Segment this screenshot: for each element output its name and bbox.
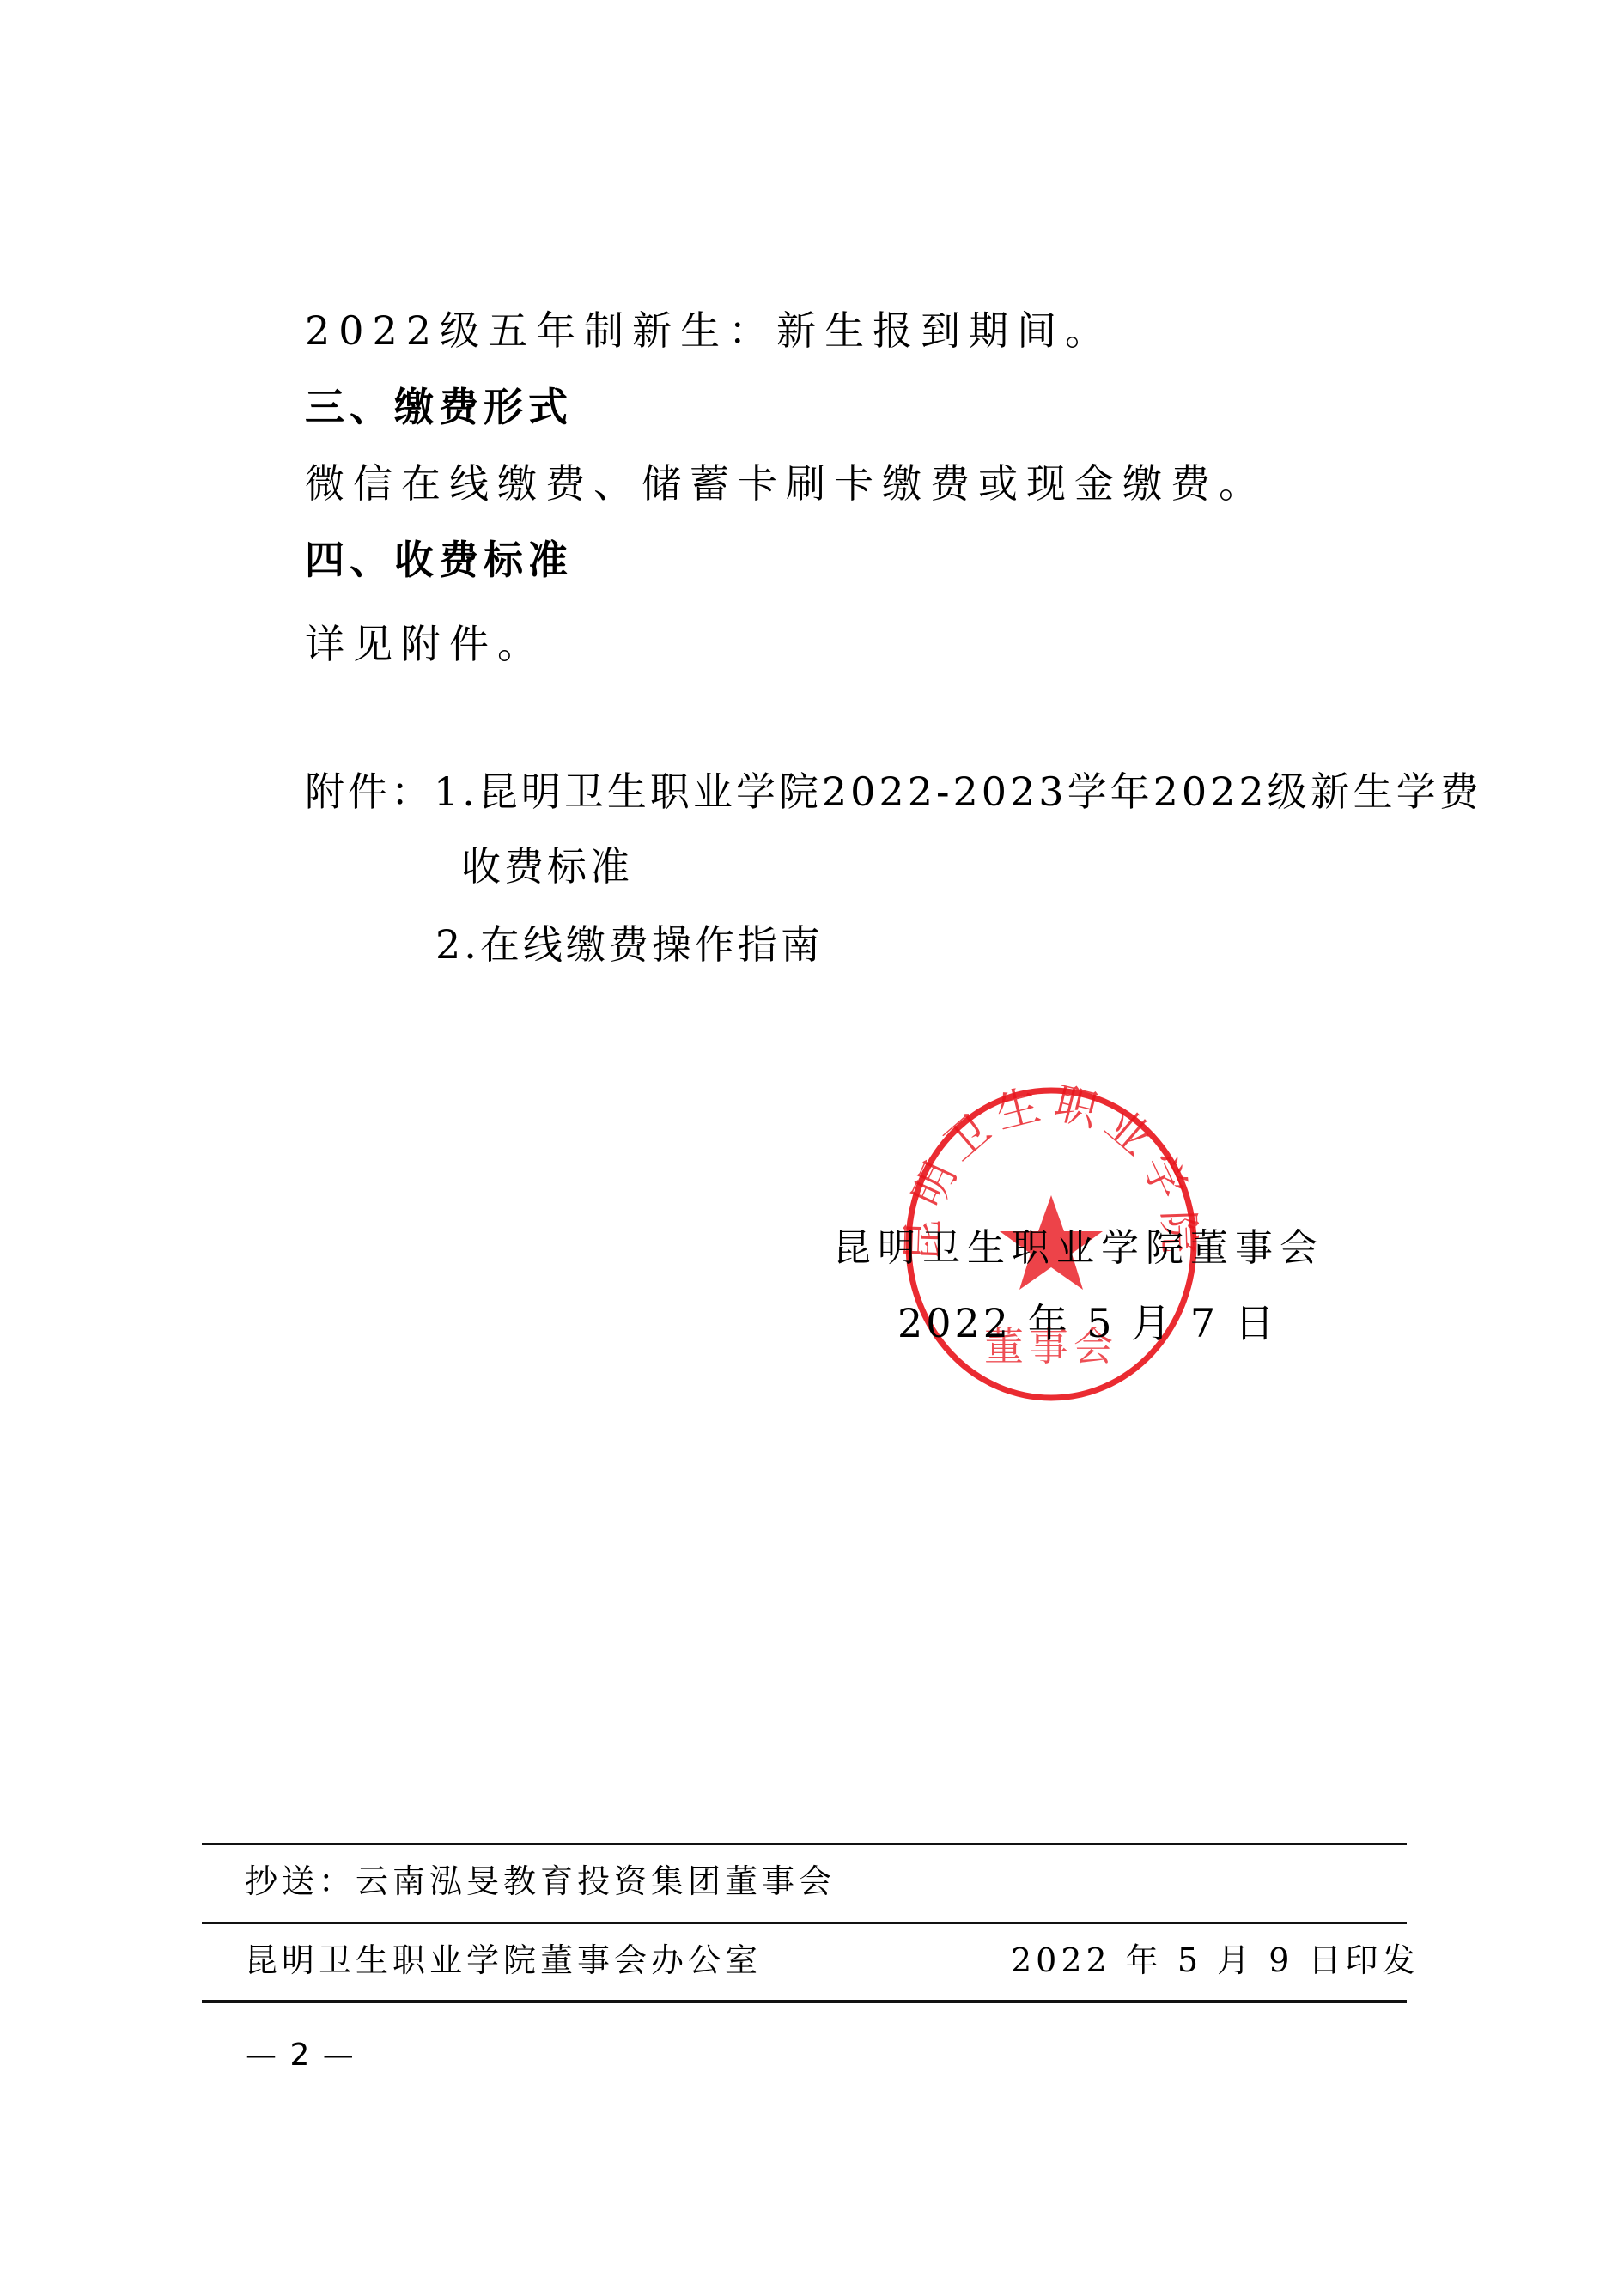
signature-date: 2022 年 5 月 7 日 xyxy=(897,1297,1278,1349)
issuer-office: 昆明卫生职业学院董事会办公室 xyxy=(245,1939,762,1982)
attachment-item-2: 2.在线缴费操作指南 xyxy=(435,919,824,970)
footer-top-rule xyxy=(202,1843,1407,1845)
cc-label: 抄送： xyxy=(245,1862,356,1900)
footer-middle-rule xyxy=(202,1922,1407,1924)
enrollment-period-line: 2022级五年制新生：新生报到期间。 xyxy=(305,305,1113,356)
attachment-1-number: 1. xyxy=(434,768,478,815)
section-heading-fee-standard: 四、收费标准 xyxy=(305,534,573,586)
footer-bottom-rule xyxy=(202,2000,1407,2003)
cc-recipient: 云南泓旻教育投资集团董事会 xyxy=(356,1862,836,1900)
section-heading-payment-method: 三、缴费形式 xyxy=(305,381,573,433)
attachment-1-title: 昆明卫生职业学院2022-2023学年2022级新生学费 xyxy=(478,768,1482,815)
attachment-item-1: 附件：1.昆明卫生职业学院2022-2023学年2022级新生学费 xyxy=(305,766,1482,817)
fee-standard-text: 详见附件。 xyxy=(305,618,545,670)
attachments-label: 附件： xyxy=(305,768,434,815)
issue-date: 2022 年 5 月 9 日印发 xyxy=(1011,1939,1419,1982)
payment-method-text: 微信在线缴费、储蓄卡刷卡缴费或现金缴费。 xyxy=(305,458,1267,509)
page-number: — 2 — xyxy=(246,2037,356,2074)
attachment-1-title-continued: 收费标准 xyxy=(461,841,633,892)
attachment-2-title: 在线缴费操作指南 xyxy=(480,921,824,968)
document-page: 2022级五年制新生：新生报到期间。 三、缴费形式 微信在线缴费、储蓄卡刷卡缴费… xyxy=(0,0,1624,2296)
cc-line: 抄送：云南泓旻教育投资集团董事会 xyxy=(245,1860,836,1903)
signature-organization: 昆明卫生职业学院董事会 xyxy=(833,1223,1324,1274)
attachment-2-number: 2. xyxy=(435,921,480,968)
